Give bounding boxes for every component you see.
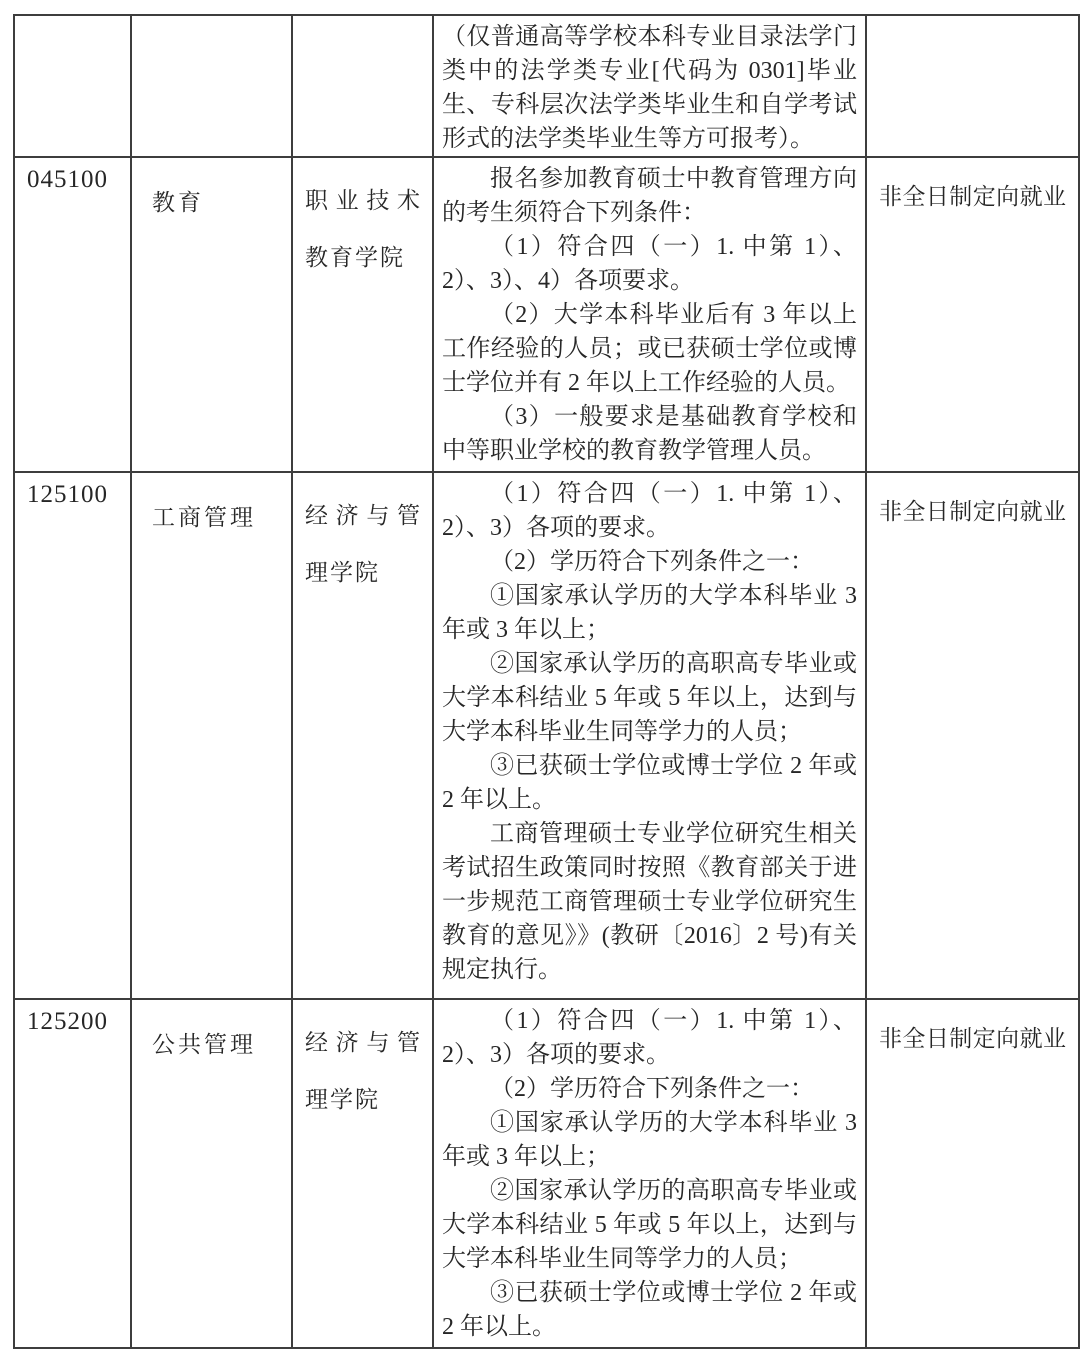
requirement-paragraph: 工商管理硕士专业学位研究生相关考试招生政策同时按照《教育部关于进一步规范工商管理…: [442, 817, 857, 987]
admissions-table: （仅普通高等学校本科专业目录法学门类中的法学类专业[代码为 0301]毕业生、专…: [13, 14, 1080, 1349]
college-name-line2: 理学院: [305, 1081, 420, 1114]
cell-college: 经济与管 理学院: [292, 472, 433, 999]
cell-code: 125100: [14, 472, 131, 999]
cell-study-mode: [866, 15, 1079, 157]
requirement-paragraph: ①国家承认学历的大学本科毕业 3 年或 3 年以上；: [442, 1106, 857, 1174]
major-code: 045100: [27, 166, 108, 193]
requirement-paragraph: （2）学历符合下列条件之一：: [442, 1072, 857, 1106]
requirement-paragraph: ③已获硕士学位或博士学位 2 年或 2 年以上。: [442, 1276, 857, 1344]
study-mode-text: 非全日制定向就业: [879, 178, 1066, 211]
requirement-paragraph: ①国家承认学历的大学本科毕业 3 年或 3 年以上；: [442, 579, 857, 647]
cell-requirements: （仅普通高等学校本科专业目录法学门类中的法学类专业[代码为 0301]毕业生、专…: [433, 15, 866, 157]
study-mode-text: 非全日制定向就业: [879, 1020, 1066, 1053]
cell-code: [14, 15, 131, 157]
requirement-paragraph: ②国家承认学历的高职高专毕业或大学本科结业 5 年或 5 年以上，达到与大学本科…: [442, 647, 857, 749]
requirement-paragraph: ③已获硕士学位或博士学位 2 年或 2 年以上。: [442, 749, 857, 817]
cell-study-mode: 非全日制定向就业: [866, 999, 1079, 1348]
requirement-paragraph: （2）大学本科毕业后有 3 年以上工作经验的人员；或已获硕士学位或博士学位并有 …: [442, 298, 857, 400]
cell-major: [131, 15, 292, 157]
cell-study-mode: 非全日制定向就业: [866, 472, 1079, 999]
requirement-paragraph: （仅普通高等学校本科专业目录法学门类中的法学类专业[代码为 0301]毕业生、专…: [442, 20, 857, 156]
cell-college: 经济与管 理学院: [292, 999, 433, 1348]
college-name-line2: 教育学院: [305, 239, 420, 272]
table-row-045100: 045100 教育 职业技术 教育学院 报名参加教育硕士中教育管理方向的考生须符…: [14, 157, 1079, 472]
requirement-paragraph: （1）符合四（一）1. 中第 1）、2）、3）各项的要求。: [442, 477, 857, 545]
college-name-line2: 理学院: [305, 554, 420, 587]
requirement-paragraph: （2）学历符合下列条件之一：: [442, 545, 857, 579]
major-name: 公共管理: [152, 1032, 256, 1057]
cell-major: 工商管理: [131, 472, 292, 999]
requirement-paragraph: （3）一般要求是基础教育学校和中等职业学校的教育教学管理人员。: [442, 400, 857, 468]
major-code: 125200: [27, 1008, 108, 1035]
table-row-continuation: （仅普通高等学校本科专业目录法学门类中的法学类专业[代码为 0301]毕业生、专…: [14, 15, 1079, 157]
major-name: 工商管理: [152, 505, 256, 530]
table-row-125200: 125200 公共管理 经济与管 理学院 （1）符合四（一）1. 中第 1）、2…: [14, 999, 1079, 1348]
cell-requirements: （1）符合四（一）1. 中第 1）、2）、3）各项的要求。 （2）学历符合下列条…: [433, 999, 866, 1348]
college-name-line1: 职业技术: [305, 182, 420, 215]
requirement-paragraph: （1）符合四（一）1. 中第 1）、2）、3）各项的要求。: [442, 1004, 857, 1072]
cell-requirements: （1）符合四（一）1. 中第 1）、2）、3）各项的要求。 （2）学历符合下列条…: [433, 472, 866, 999]
table-row-125100: 125100 工商管理 经济与管 理学院 （1）符合四（一）1. 中第 1）、2…: [14, 472, 1079, 999]
requirement-paragraph: ②国家承认学历的高职高专毕业或大学本科结业 5 年或 5 年以上，达到与大学本科…: [442, 1174, 857, 1276]
major-code: 125100: [27, 481, 108, 508]
document-page: （仅普通高等学校本科专业目录法学门类中的法学类专业[代码为 0301]毕业生、专…: [0, 0, 1080, 1363]
requirement-paragraph: （1）符合四（一）1. 中第 1）、2）、3）、4）各项要求。: [442, 230, 857, 298]
cell-college: [292, 15, 433, 157]
college-name-line1: 经济与管: [305, 1024, 420, 1057]
cell-major: 公共管理: [131, 999, 292, 1348]
cell-code: 125200: [14, 999, 131, 1348]
cell-code: 045100: [14, 157, 131, 472]
cell-major: 教育: [131, 157, 292, 472]
requirement-paragraph: 报名参加教育硕士中教育管理方向的考生须符合下列条件：: [442, 162, 857, 230]
major-name: 教育: [152, 190, 204, 215]
college-name-line1: 经济与管: [305, 497, 420, 530]
cell-requirements: 报名参加教育硕士中教育管理方向的考生须符合下列条件： （1）符合四（一）1. 中…: [433, 157, 866, 472]
study-mode-text: 非全日制定向就业: [879, 493, 1066, 526]
cell-college: 职业技术 教育学院: [292, 157, 433, 472]
cell-study-mode: 非全日制定向就业: [866, 157, 1079, 472]
